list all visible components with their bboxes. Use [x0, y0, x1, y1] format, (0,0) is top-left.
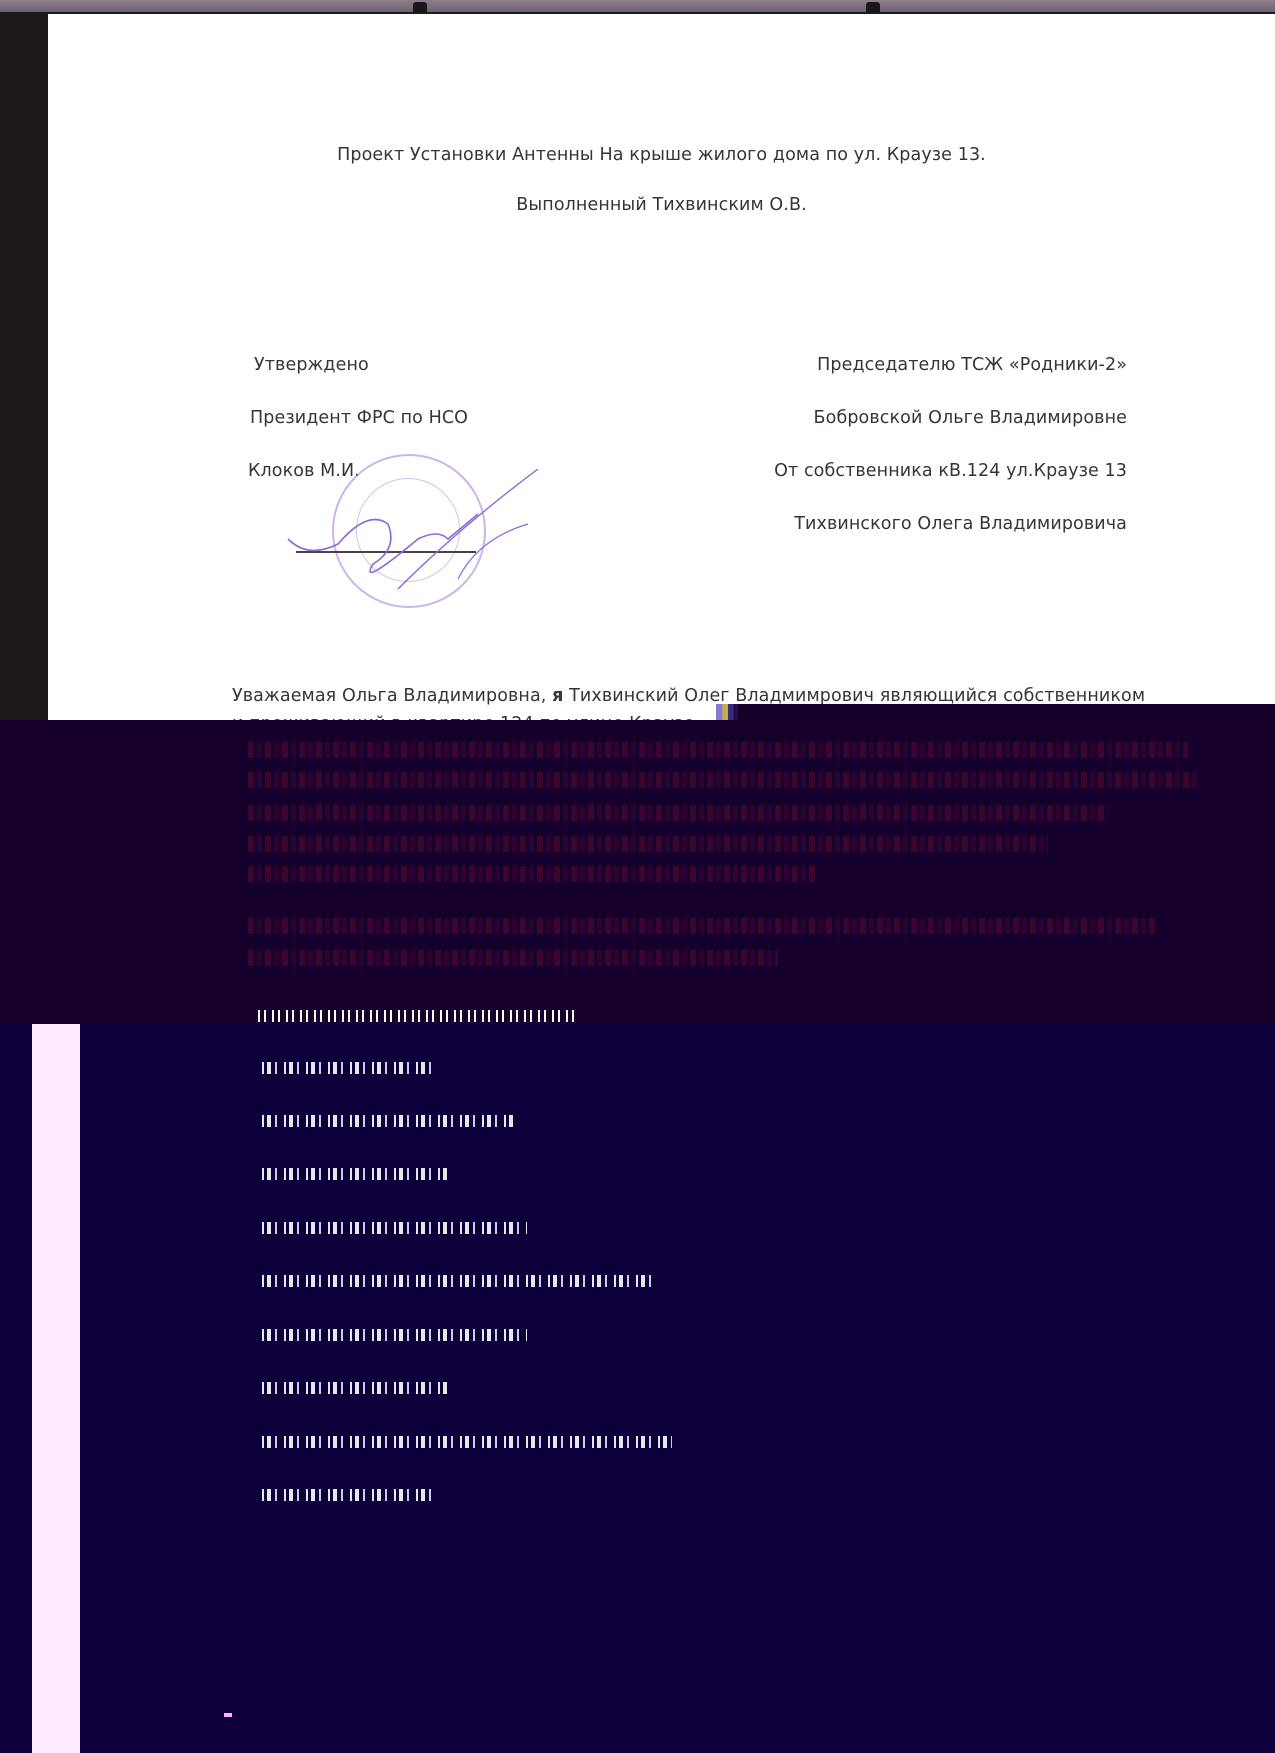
addressee-position: Председателю ТСЖ «Родники-2» — [817, 355, 1127, 375]
document-title: Проект Установки Антенны На крыше жилого… — [48, 145, 1275, 165]
illegible-line — [248, 805, 1108, 821]
corrupted-strip — [32, 1024, 80, 1753]
letter-salutation: Уважаемая Ольга Владимировна, я Тихвинск… — [232, 686, 1145, 706]
approver-position: Президент ФРС по НСО — [250, 408, 468, 428]
salutation-text: Уважаемая Ольга Владимировна, — [232, 686, 552, 706]
garbled-text-line — [262, 1222, 527, 1234]
illegible-line — [248, 918, 1158, 934]
garbled-text-line — [262, 1489, 432, 1501]
illegible-line — [248, 866, 818, 882]
garbled-text-line — [262, 1168, 447, 1180]
artifact-dot — [224, 1713, 232, 1717]
illegible-line — [248, 950, 778, 966]
garbled-text-line — [262, 1115, 517, 1127]
addressee-name: Бобровской Ольге Владимировне — [814, 408, 1127, 428]
illegible-line — [248, 836, 1048, 852]
corrupted-region — [730, 704, 1275, 720]
salutation-bold: я — [552, 686, 563, 706]
corrupted-region — [0, 1024, 1275, 1753]
approval-label: Утверждено — [254, 355, 369, 375]
salutation-rest: Тихвинский Олег Владмимрович являющийся … — [563, 686, 1145, 706]
signature-icon — [278, 469, 578, 609]
garbled-text-line — [262, 1382, 447, 1394]
garbled-text-line — [262, 1062, 432, 1074]
sender-address: От собственника кВ.124 ул.Краузе 13 — [774, 461, 1127, 481]
scanner-lid-edge — [0, 0, 1275, 12]
garbled-text-line — [262, 1436, 672, 1448]
sender-name: Тихвинского Олега Владимировича — [794, 514, 1127, 534]
scanner-clip — [866, 2, 880, 12]
illegible-line — [248, 742, 1188, 758]
document-author: Выполненный Тихвинским О.В. — [48, 195, 1275, 215]
garbled-text-line — [262, 1275, 657, 1287]
illegible-line — [248, 772, 1198, 788]
garbled-text-line — [262, 1329, 527, 1341]
garbled-text-line — [258, 1010, 578, 1022]
scanner-clip — [413, 2, 427, 12]
